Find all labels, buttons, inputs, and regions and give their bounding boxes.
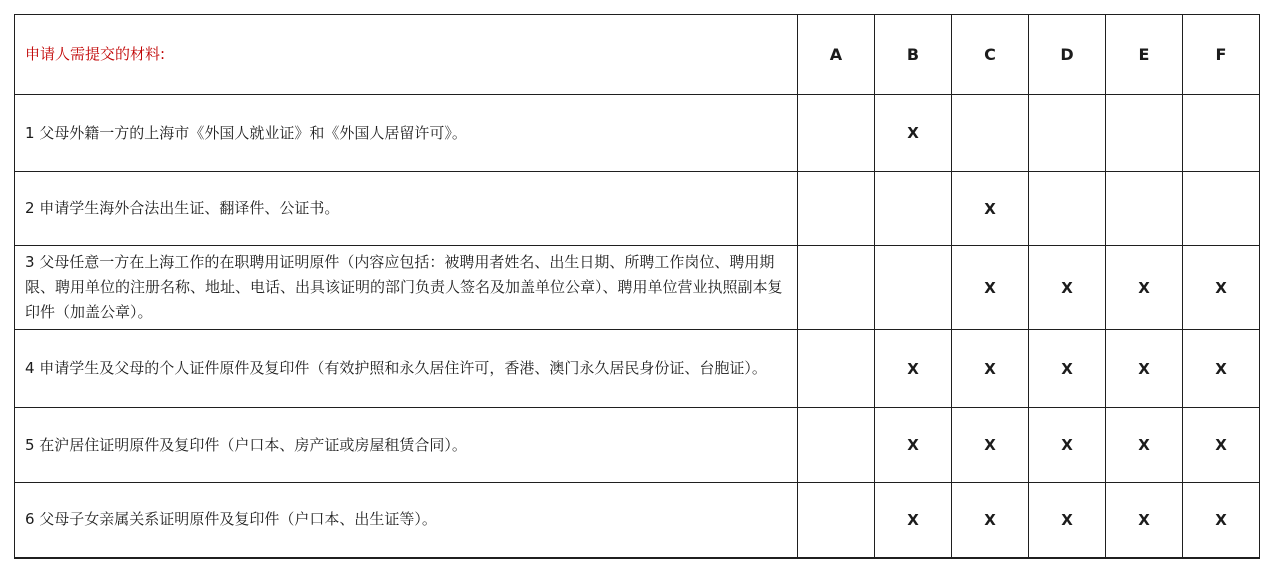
mark-cell-4-e: X [1106,330,1183,408]
mark-cell-5-d: X [1029,408,1106,483]
material-text-6: 6 父母子女亲属关系证明原件及复印件（户口本、出生证等）。 [15,483,798,558]
material-row-6: 6 父母子女亲属关系证明原件及复印件（户口本、出生证等）。 X X X X X [15,483,1260,558]
mark-cell-1-d [1029,95,1106,172]
mark-cell-1-a [798,95,875,172]
mark-cell-3-a [798,246,875,330]
material-row-4: 4 申请学生及父母的个人证件原件及复印件（有效护照和永久居住许可，香港、澳门永久… [15,330,1260,408]
mark-cell-3-e: X [1106,246,1183,330]
material-text-5: 5 在沪居住证明原件及复印件（户口本、房产证或房屋租赁合同）。 [15,408,798,483]
mark-cell-4-d: X [1029,330,1106,408]
mark-cell-6-f: X [1183,483,1260,558]
mark-cell-3-f: X [1183,246,1260,330]
mark-cell-5-c: X [952,408,1029,483]
material-text-3: 3 父母任意一方在上海工作的在职聘用证明原件（内容应包括：被聘用者姓名、出生日期… [15,246,798,330]
mark-cell-4-c: X [952,330,1029,408]
mark-cell-6-c: X [952,483,1029,558]
column-header-f: F [1183,15,1260,95]
mark-cell-5-e: X [1106,408,1183,483]
material-row-2: 2 申请学生海外合法出生证、翻译件、公证书。 X [15,172,1260,246]
material-row-5: 5 在沪居住证明原件及复印件（户口本、房产证或房屋租赁合同）。 X X X X … [15,408,1260,483]
mark-cell-6-b: X [875,483,952,558]
mark-cell-2-a [798,172,875,246]
mark-cell-4-f: X [1183,330,1260,408]
column-header-a: A [798,15,875,95]
mark-cell-1-b: X [875,95,952,172]
material-text-4: 4 申请学生及父母的个人证件原件及复印件（有效护照和永久居住许可，香港、澳门永久… [15,330,798,408]
mark-cell-5-b: X [875,408,952,483]
material-text-2: 2 申请学生海外合法出生证、翻译件、公证书。 [15,172,798,246]
column-header-d: D [1029,15,1106,95]
mark-cell-6-a [798,483,875,558]
mark-cell-4-b: X [875,330,952,408]
material-text-1: 1 父母外籍一方的上海市《外国人就业证》和《外国人居留许可》。 [15,95,798,172]
mark-cell-1-f [1183,95,1260,172]
material-row-3: 3 父母任意一方在上海工作的在职聘用证明原件（内容应包括：被聘用者姓名、出生日期… [15,246,1260,330]
mark-cell-2-d [1029,172,1106,246]
mark-cell-1-e [1106,95,1183,172]
mark-cell-3-b [875,246,952,330]
mark-cell-5-f: X [1183,408,1260,483]
mark-cell-4-a [798,330,875,408]
materials-table: 申请人需提交的材料: A B C D E F 1 父母外籍一方的上海市《外国人就… [14,14,1260,559]
table-title: 申请人需提交的材料: [15,15,798,95]
mark-cell-3-c: X [952,246,1029,330]
column-header-e: E [1106,15,1183,95]
mark-cell-2-f [1183,172,1260,246]
mark-cell-1-c [952,95,1029,172]
mark-cell-5-a [798,408,875,483]
mark-cell-6-e: X [1106,483,1183,558]
column-header-b: B [875,15,952,95]
mark-cell-6-d: X [1029,483,1106,558]
mark-cell-2-c: X [952,172,1029,246]
mark-cell-2-b [875,172,952,246]
header-row: 申请人需提交的材料: A B C D E F [15,15,1260,95]
column-header-c: C [952,15,1029,95]
mark-cell-2-e [1106,172,1183,246]
mark-cell-3-d: X [1029,246,1106,330]
material-row-1: 1 父母外籍一方的上海市《外国人就业证》和《外国人居留许可》。 X [15,95,1260,172]
